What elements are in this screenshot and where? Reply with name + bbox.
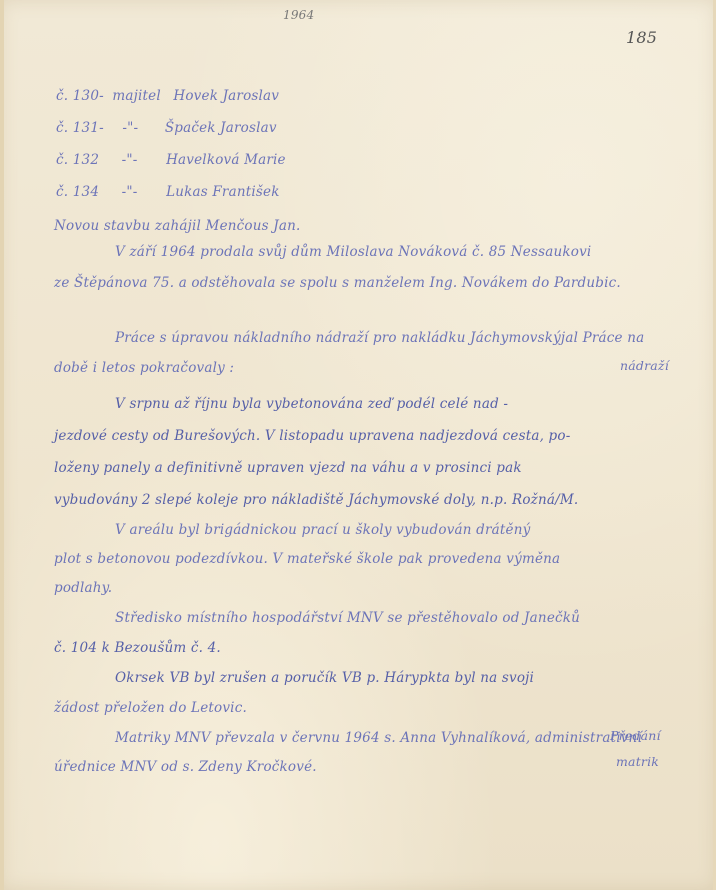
text-line: V září 1964 prodala svůj dům Miloslava N… [115,244,591,260]
owner-name: Havelková Marie [166,152,286,168]
text-line: loženy panely a definitivně upraven vjez… [54,460,522,476]
owner-name: Lukas František [166,184,280,200]
text-line: ze Štěpánova 75. a odstěhovala se spolu … [54,275,621,291]
page-edge-left [0,0,4,890]
owner-role: -"- [122,120,138,136]
page-number: 185 [626,28,657,47]
text-line: č. 104 k Bezoušům č. 4. [54,640,221,656]
text-line: Práce s úpravou nákladního nádraží pro n… [115,330,644,346]
owner-role: majitel [112,88,161,104]
text-line: V areálu byl brigádnickou prací u školy … [115,522,530,538]
margin-note: matrik [616,754,659,769]
text-line: Novou stavbu zahájil Menčous Jan. [54,218,301,234]
owner-row: č. 134 -"- Lukas František [56,184,280,200]
house-number: č. 131- [56,120,104,136]
text-line: žádost přeložen do Letovic. [54,700,247,716]
margin-note: Předání [610,728,661,743]
house-number: č. 130- [56,88,104,104]
house-number: č. 134 [56,184,99,200]
text-line: plot s betonovou podezdívkou. V mateřské… [54,551,560,567]
owner-row: č. 131- -"- Špaček Jaroslav [56,120,277,136]
owner-row: č. 130- majitel Hovek Jaroslav [56,88,279,104]
owner-name: Špaček Jaroslav [165,120,277,136]
margin-note: nádraží [620,358,669,373]
text-line: podlahy. [54,580,112,596]
house-number: č. 132 [56,152,99,168]
chronicle-page: 1964 185 č. 130- majitel Hovek Jaroslav … [0,0,716,890]
text-line: vybudovány 2 slepé koleje pro nákladiště… [54,492,578,508]
text-line: Okrsek VB byl zrušen a poručík VB p. Hár… [115,670,534,686]
text-line: jezdové cesty od Burešových. V listopadu… [54,428,571,444]
owner-name: Hovek Jaroslav [173,88,279,104]
owner-role: -"- [122,184,138,200]
header-year: 1964 [283,8,314,22]
text-line: úřednice MNV od s. Zdeny Kročkové. [54,759,317,775]
text-line: době i letos pokračovaly : [54,360,234,376]
owner-row: č. 132 -"- Havelková Marie [56,152,286,168]
text-line: Středisko místního hospodářství MNV se p… [115,610,580,626]
owner-role: -"- [122,152,138,168]
text-line: Matriky MNV převzala v červnu 1964 s. An… [115,730,642,746]
text-line: V srpnu až říjnu byla vybetonována zeď p… [115,396,508,412]
